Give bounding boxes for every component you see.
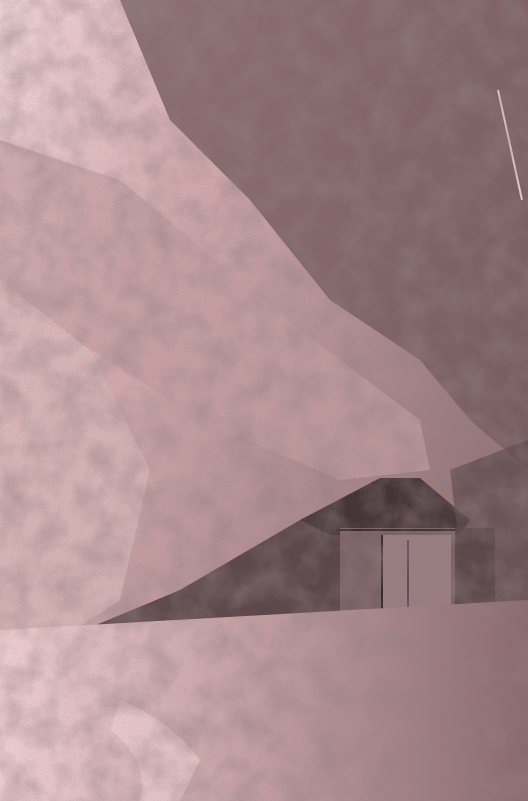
halftone-grain: [0, 0, 528, 801]
scene: [0, 0, 528, 801]
photograph: [0, 0, 528, 801]
